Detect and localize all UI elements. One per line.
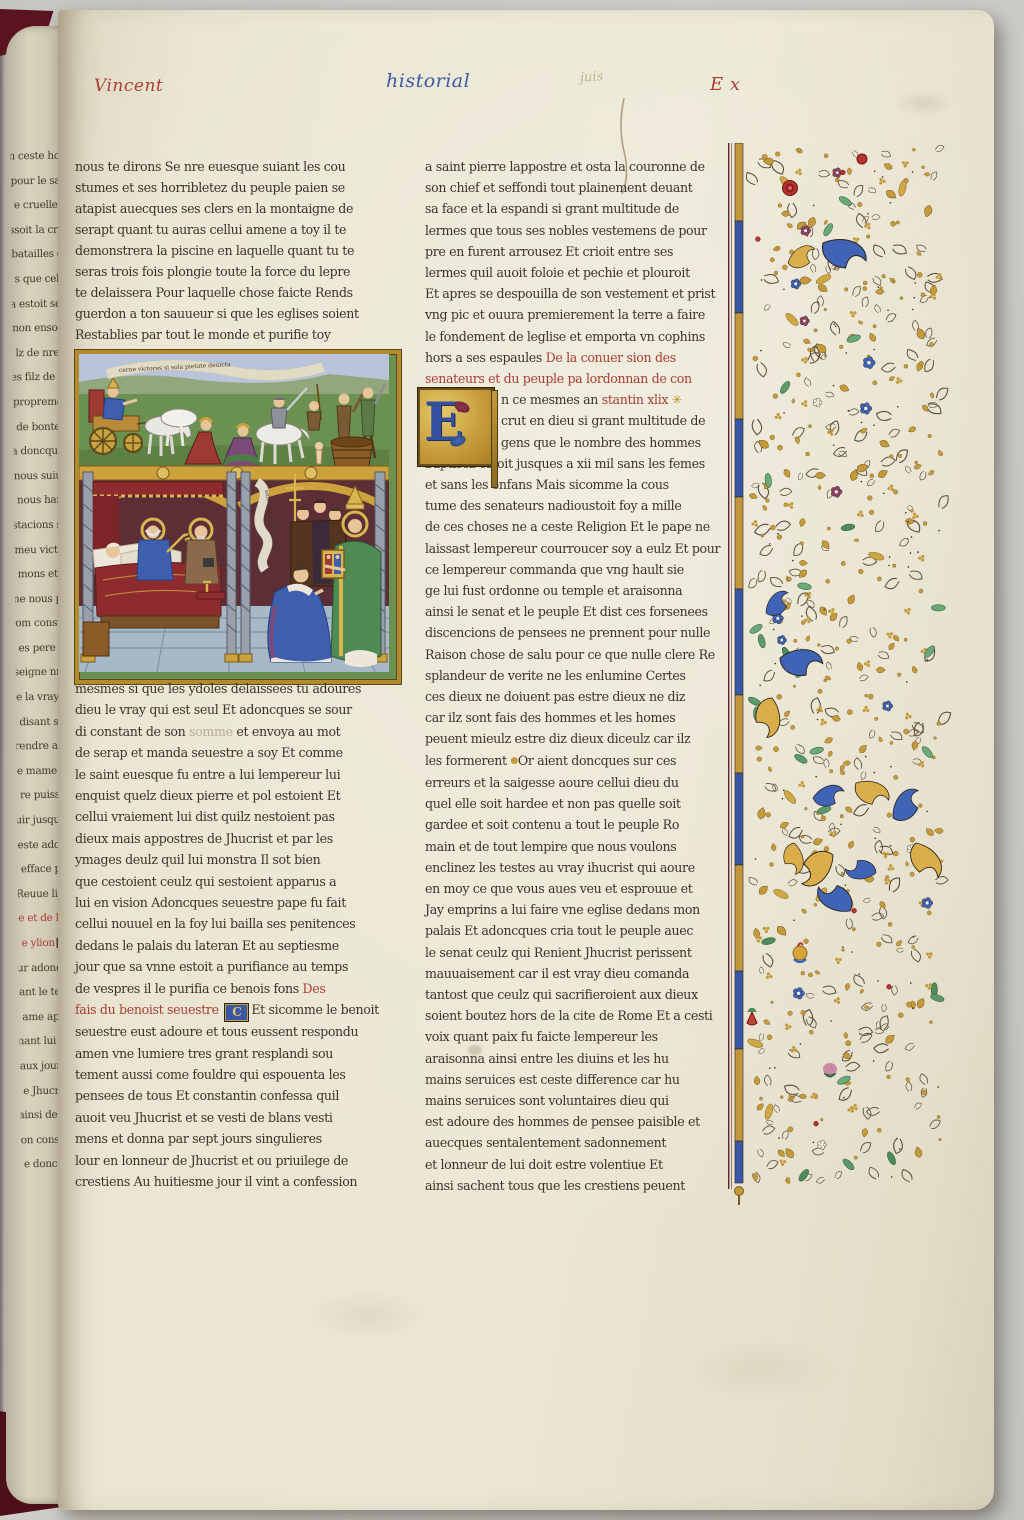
photograph-of-manuscript: { "manuscript": { "description": "Illumi… (0, 0, 1024, 1520)
text-segment: Raison chose de salu pour ce que nulle c… (425, 647, 715, 662)
text-segment: vng pic et ouura premierement la terre a… (425, 307, 705, 322)
text-line: dedans le palais du lateran Et au septie… (75, 935, 401, 956)
text-line: vng pic et ouura premierement la terre a… (425, 304, 734, 325)
text-segment: somme (189, 724, 233, 739)
text-line: le fondement de leglise et emporta vn co… (425, 326, 734, 347)
text-segment: lui en vision Adoncques seuestre pape fu… (75, 895, 346, 910)
text-line: sa face et la espandi si grant multitude… (425, 198, 734, 219)
text-line: tement aussi come fouldre qui espouenta … (75, 1064, 401, 1085)
text-line: que cestoient ceulz qui sestoient apparu… (75, 871, 401, 892)
text-line: ainsi le senat et le peuple Et dist ces … (425, 601, 734, 622)
text-segment: peuent mieulz estre diz dieux diceulz ca… (425, 731, 690, 746)
text-segment: et envoya au mot (233, 724, 341, 739)
text-segment: jour que sa vnne estoit a purifiance au … (75, 959, 348, 974)
text-line: quel elle soit hardee et non pas quelle … (425, 793, 734, 814)
text-line: de serap et manda seuestre a soy Et comm… (75, 742, 401, 763)
text-segment: demonstrera la piscine en laquelle quant… (75, 243, 354, 258)
text-line: fais du benoist seuestre CEt sicomme le … (75, 999, 401, 1021)
edge-fragment: ssoit la crua (10, 218, 65, 243)
text-segment: crut en dieu si grant multitude de (501, 413, 705, 428)
text-segment: auecques sentalentement sadonnement (425, 1135, 666, 1150)
text-line: lermes quil auoit foloie et pechie et pl… (425, 262, 734, 283)
text-line: demonstrera la piscine en laquelle quant… (75, 240, 401, 261)
text-line: auecques sentalentement sadonnement (425, 1132, 734, 1153)
floral-rinceaux-border (728, 143, 956, 1207)
text-line: peuent mieulz estre diz dieux diceulz ca… (425, 728, 734, 749)
text-segment: et lonneur de lui doit estre volentiue E… (425, 1157, 663, 1172)
text-segment: est adoure des hommes de pensee paisible… (425, 1114, 700, 1129)
text-line: a saint pierre lappostre et osta la cour… (425, 156, 734, 177)
text-segment: guerdon a ton sauueur si que les eglises… (75, 306, 359, 321)
text-segment: Et apres se despouilla de son vestement … (425, 286, 715, 301)
text-line: mens et donna par sept jours singulieres (75, 1128, 401, 1149)
text-line: mains seruices sont voluntaires dieu qui (425, 1090, 734, 1111)
text-line: palais Et adoncques cria tout le peuple … (425, 920, 734, 941)
text-segment: seuestre eust adoure et tous eussent res… (75, 1024, 358, 1039)
text-segment: nous te dirons Se nre euesque suiant les… (75, 159, 345, 174)
text-segment: stumes et ses horribletez du peuple paie… (75, 180, 345, 195)
rubric-segment: senateurs et du peuple pa lordonnan de c… (425, 371, 692, 386)
rubric-segment: Des (303, 981, 326, 996)
text-line: Jay emprins a lui faire vne eglise dedan… (425, 899, 734, 920)
text-segment: lour en lonneur de Jhucrist et ou priuil… (75, 1153, 348, 1168)
text-line: le senat ceulz qui Renient Jhucrist peri… (425, 942, 734, 963)
text-line: ge lui fust ordonne ou temple et araison… (425, 580, 734, 601)
text-line: seuestre eust adoure et tous eussent res… (75, 1021, 401, 1042)
text-line: ainsi sachent tous que les crestiens peu… (425, 1175, 734, 1196)
text-line: son chief et seffondi tout plainement de… (425, 177, 734, 198)
left-column-upper-text: nous te dirons Se nre euesque suiant les… (75, 156, 401, 345)
text-segment: splandeur de verite ne les enlumine Cert… (425, 668, 686, 683)
text-segment: mains seruices sont voluntaires dieu qui (425, 1093, 669, 1108)
text-segment: ● (510, 756, 518, 766)
text-segment: di constant de son (75, 724, 189, 739)
text-line: mauuaisement car il est vray dieu comand… (425, 963, 734, 984)
text-segment: mains seruices est ceste difference car … (425, 1072, 680, 1087)
text-line: mains seruices est ceste difference car … (425, 1069, 734, 1090)
text-line: crestiens Au huitiesme jour il vint a co… (75, 1171, 401, 1192)
text-segment: voix quant paix fu faicte lempereur les (425, 1029, 658, 1044)
manuscript-page: Vincent historial E x juis nous te diron… (58, 10, 994, 1510)
icon-diptych-of-apostles (322, 550, 344, 578)
text-line: car ilz sont fais des hommes et les home… (425, 707, 734, 728)
text-segment: ces dieux ne doiuent pas estre dieux ne … (425, 689, 685, 704)
initial-gold-tail (491, 390, 498, 488)
quire-signature: E x (710, 74, 741, 95)
text-segment: mens et donna par sept jours singulieres (75, 1131, 322, 1146)
text-segment: lermes que tous ses nobles vestemens de … (425, 223, 707, 238)
text-segment: mauuaisement car il est vray dieu comand… (425, 966, 689, 981)
text-line: dieux mais appostres de Jhucrist et par … (75, 828, 401, 849)
text-line: de vespres il le purifia ce benois fons … (75, 978, 401, 999)
text-segment: Or aient doncques sur ces (518, 753, 676, 768)
text-segment: te delaissera Pour laquelle chose faicte… (75, 285, 353, 300)
text-line: discencions de pensees ne prennent pour … (425, 622, 734, 643)
text-line: seras trois fois plongie toute la force … (75, 261, 401, 282)
text-segment: ce lempereur commanda que vng hault sie (425, 562, 684, 577)
register-bottom-bedchamber: ante unquam inuenisse (79, 466, 389, 672)
text-segment: pre en furent arrousez Et crioit entre s… (425, 244, 673, 259)
wooden-tub (331, 437, 373, 466)
text-line: te delaissera Pour laquelle chose faicte… (75, 282, 401, 303)
text-line: hors a ses espaules De la conuer sion de… (425, 347, 734, 368)
text-segment: amen vne lumiere tres grant resplandi so… (75, 1046, 333, 1061)
edge-fragment: pour le salut de (10, 168, 64, 193)
text-segment: de serap et manda seuestre a soy Et comm… (75, 745, 343, 760)
text-segment: pensees de tous Et constantin confessa q… (75, 1088, 339, 1103)
text-segment: en moy ce que vous aues veu et esprouue … (425, 881, 692, 896)
text-segment: Jay emprins a lui faire vne eglise dedan… (425, 902, 700, 917)
text-segment: les formerent (425, 753, 510, 768)
text-line: pensees de tous Et constantin confessa q… (75, 1085, 401, 1106)
text-line: stumes et ses horribletez du peuple paie… (75, 177, 401, 198)
text-segment: cellui vraiement lui dist quilz nestoien… (75, 809, 335, 824)
text-line: ces dieux ne doiuent pas estre dieux ne … (425, 686, 734, 707)
text-line: cellui vraiement lui dist quilz nestoien… (75, 806, 401, 827)
text-line: nous te dirons Se nre euesque suiant les… (75, 156, 401, 177)
text-line: di constant de son somme et envoya au mo… (75, 721, 401, 742)
edge-fragment: n ceste hor a (10, 144, 64, 169)
text-line: le saint euesque fu entre a lui lempereu… (75, 764, 401, 785)
text-segment: dieu le vray qui est seul Et adoncques s… (75, 702, 352, 717)
text-segment: erreurs et la saigesse aoure cellui dieu… (425, 775, 679, 790)
text-segment: n ce mesmes an (501, 392, 602, 407)
text-segment: lermes quil auoit foloie et pechie et pl… (425, 265, 690, 280)
parchment-stain (308, 1290, 428, 1340)
text-line: Restablies par tout le monde et purifie … (75, 324, 401, 345)
text-line: soient boutez hors de la cite de Rome Et… (425, 1005, 734, 1026)
text-segment: discencions de pensees ne prennent pour … (425, 625, 710, 640)
text-line: erreurs et la saigesse aoure cellui dieu… (425, 772, 734, 793)
rubric-segment: stantin xlix (602, 392, 672, 407)
text-segment: le saint euesque fu entre a lui lempereu… (75, 767, 340, 782)
text-segment: ✳ (672, 392, 682, 407)
text-line: voix quant paix fu faicte lempereur les (425, 1026, 734, 1047)
text-segment: crestiens Au huitiesme jour il vint a co… (75, 1174, 357, 1189)
text-line: dieu le vray qui est seul Et adoncques s… (75, 699, 401, 720)
text-line: main et de tout lempire que nous voulons (425, 836, 734, 857)
text-segment: quel elle soit hardee et non pas quelle … (425, 796, 681, 811)
text-segment: que cestoient ceulz qui sestoient apparu… (75, 874, 336, 889)
text-segment: dieux mais appostres de Jhucrist et par … (75, 831, 333, 846)
text-segment: son chief et seffondi tout plainement de… (425, 180, 693, 195)
text-segment: enclinez les testes au vray ihucrist qui… (425, 860, 695, 875)
text-segment: araisonna ainsi entre les diuins et les … (425, 1051, 669, 1066)
text-line: enquist quelz dieux pierre et pol estoie… (75, 785, 401, 806)
text-line: et sans les enfans Mais sicomme la cous (425, 474, 734, 495)
text-segment: tement aussi come fouldre qui espouenta … (75, 1067, 346, 1082)
smudge (894, 90, 954, 116)
text-line: senateurs et du peuple pa lordonnan de c… (425, 368, 734, 389)
miniature-two-registers: cerne victores si sola pietate deuicta (75, 350, 401, 684)
register-top-chariot-scene: cerne victores si sola pietate deuicta (79, 354, 389, 466)
rubric-segment: fais du benoist seuestre (75, 1002, 222, 1017)
text-line: serapt quant tu auras cellui amene a toy… (75, 219, 401, 240)
left-column-lower-text: mesmes si que les ydoles delaissees tu a… (75, 678, 401, 1192)
text-segment: ainsi sachent tous que les crestiens peu… (425, 1178, 685, 1193)
illuminated-initial-E: E (418, 388, 494, 466)
text-line: lour en lonneur de Jhucrist et ou priuil… (75, 1150, 401, 1171)
text-segment: de ces choses ne a ceste Religion Et le … (425, 519, 710, 534)
faint-pen-trial: juis (580, 69, 604, 86)
text-segment: soient boutez hors de la cite de Rome Et… (425, 1008, 712, 1023)
text-line: tantost que ceulz qui sacrifieroient aux… (425, 984, 734, 1005)
text-segment: cellui nouuel en la foy lui bailla ses p… (75, 916, 355, 931)
running-title-author: Vincent (94, 76, 163, 96)
text-line: est adoure des hommes de pensee paisible… (425, 1111, 734, 1132)
text-segment: Et sicomme le benoit (251, 1002, 379, 1017)
text-segment: gens que le nombre des hommes (501, 435, 701, 450)
text-line: Et apres se despouilla de son vestement … (425, 283, 734, 304)
text-segment: car ilz sont fais des hommes et les home… (425, 710, 675, 725)
small-initial-C: C (225, 1004, 248, 1021)
parchment-stain (678, 1340, 838, 1400)
text-line: jour que sa vnne estoit a purifiance au … (75, 956, 401, 977)
text-line: ce lempereur commanda que vng hault sie (425, 559, 734, 580)
text-line: lermes que tous ses nobles vestemens de … (425, 220, 734, 241)
text-segment: mesmes si que les ydoles delaissees tu a… (75, 681, 361, 696)
text-segment: et sans les enfans Mais sicomme la cous (425, 477, 669, 492)
text-line: lui en vision Adoncques seuestre pape fu… (75, 892, 401, 913)
text-line: de ces choses ne a ceste Religion Et le … (425, 516, 734, 537)
text-segment: Restablies par tout le monde et purifie … (75, 327, 331, 342)
text-segment: laissast lempereur courroucer soy a eulz… (425, 541, 720, 556)
text-line: cellui nouuel en la foy lui bailla ses p… (75, 913, 401, 934)
text-line: et lonneur de lui doit estre volentiue E… (425, 1154, 734, 1175)
text-line: ymages deulz quil lui monstra Il sot bie… (75, 849, 401, 870)
text-segment: sa face et la espandi si grant multitude… (425, 201, 679, 216)
running-title-work: historial (386, 70, 470, 92)
text-segment: hors a ses espaules (425, 350, 546, 365)
text-segment: a saint pierre lappostre et osta la cour… (425, 159, 705, 174)
text-segment: enquist quelz dieux pierre et pol estoie… (75, 788, 340, 803)
text-line: laissast lempereur courroucer soy a eulz… (425, 538, 734, 559)
text-segment: gardee et soit contenu a tout le peuple … (425, 817, 679, 832)
text-segment: de vespres il le purifia ce benois fons (75, 981, 303, 996)
text-segment: atapist auecques ses clers en la montaig… (75, 201, 353, 216)
text-segment: dedans le palais du lateran Et au septie… (75, 938, 339, 953)
rubric-segment: De la conuer sion des (546, 350, 676, 365)
text-segment: seras trois fois plongie toute la force … (75, 264, 350, 279)
text-segment: auoit veu Jhucrist et se vesti de blans … (75, 1110, 333, 1125)
text-line: tume des senateurs nadioustoit foy a mil… (425, 495, 734, 516)
text-line: en moy ce que vous aues veu et esprouue … (425, 878, 734, 899)
text-segment: tantost que ceulz qui sacrifieroient aux… (425, 987, 698, 1002)
text-line: mesmes si que les ydoles delaissees tu a… (75, 678, 401, 699)
text-line: pre en furent arrousez Et crioit entre s… (425, 241, 734, 262)
text-segment: ge lui fust ordonne ou temple et araison… (425, 583, 682, 598)
text-segment: le fondement de leglise et emporta vn co… (425, 329, 705, 344)
text-line: splandeur de verite ne les enlumine Cert… (425, 665, 734, 686)
text-line: enclinez les testes au vray ihucrist qui… (425, 857, 734, 878)
text-line: les formerent ●Or aient doncques sur ces (425, 750, 734, 772)
text-segment: ainsi le senat et le peuple Et dist ces … (425, 604, 708, 619)
text-segment: palais Et adoncques cria tout le peuple … (425, 923, 693, 938)
text-segment: tume des senateurs nadioustoit foy a mil… (425, 498, 681, 513)
text-segment: serapt quant tu auras cellui amene a toy… (75, 222, 346, 237)
text-segment: main et de tout lempire que nous voulons (425, 839, 676, 854)
text-line: gardee et soit contenu a tout le peuple … (425, 814, 734, 835)
text-segment: ymages deulz quil lui monstra Il sot bie… (75, 852, 320, 867)
text-line: atapist auecques ses clers en la montaig… (75, 198, 401, 219)
right-column-text: E a saint pierre lappostre et osta la co… (425, 156, 734, 1196)
text-line: auoit veu Jhucrist et se vesti de blans … (75, 1107, 401, 1128)
text-line: guerdon a ton sauueur si que les eglises… (75, 303, 401, 324)
text-line: amen vne lumiere tres grant resplandi so… (75, 1043, 401, 1064)
text-segment: le senat ceulz qui Renient Jhucrist peri… (425, 945, 692, 960)
ink-spot (468, 1045, 482, 1055)
text-line: Raison chose de salu pour ce que nulle c… (425, 644, 734, 665)
